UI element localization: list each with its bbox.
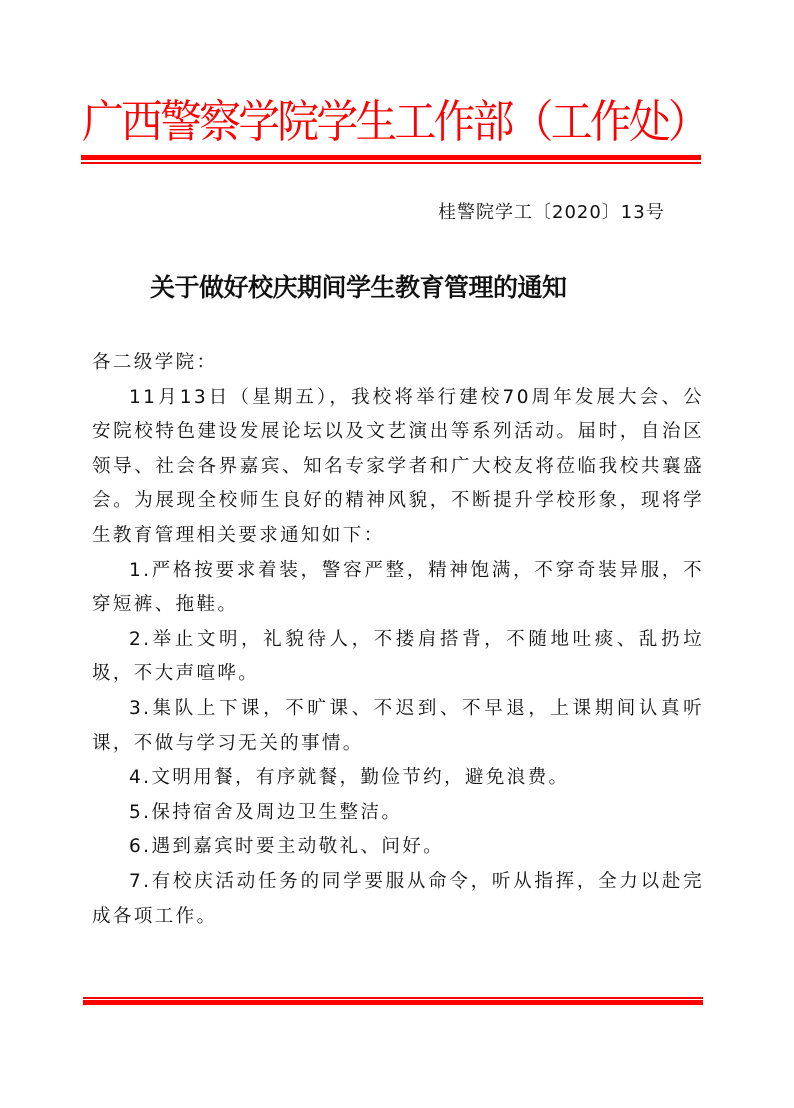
requirement-item: 5.保持宿舍及周边卫生整洁。 [92,796,704,831]
requirement-item: 7.有校庆活动任务的同学要服从命令，听从指挥，全力以赴完成各项工作。 [92,865,704,934]
masthead-divider-thin [81,162,701,164]
notice-body: 各二级学院： 11月13日（星期五），我校将举行建校70周年发展大会、公安院校特… [92,346,704,934]
document-page: 广西警察学院学生工作部（工作处） 桂警院学工〔2020〕13号 关于做好校庆期间… [0,0,794,1108]
requirement-item: 2.举止文明，礼貌待人，不搂肩搭背，不随地吐痰、乱扔垃圾，不大声喧哗。 [92,623,704,692]
requirement-item: 3.集队上下课，不旷课、不迟到、不早退，上课期间认真听课，不做与学习无关的事情。 [92,692,704,761]
masthead-divider-thick [81,155,701,160]
footer-divider-thick [83,1000,703,1005]
requirement-item: 6.遇到嘉宾时要主动敬礼、问好。 [92,830,704,865]
masthead-title: 广西警察学院学生工作部（工作处） [82,92,659,152]
salutation: 各二级学院： [92,346,704,381]
document-number: 桂警院学工〔2020〕13号 [438,198,665,224]
notice-title: 关于做好校庆期间学生教育管理的通知 [150,268,650,304]
footer-divider-thin [83,997,703,999]
requirement-item: 1.严格按要求着装，警容严整，精神饱满，不穿奇装异服，不穿短裤、拖鞋。 [92,554,704,623]
intro-paragraph: 11月13日（星期五），我校将举行建校70周年发展大会、公安院校特色建设发展论坛… [92,381,704,554]
requirement-item: 4.文明用餐，有序就餐，勤俭节约，避免浪费。 [92,761,704,796]
